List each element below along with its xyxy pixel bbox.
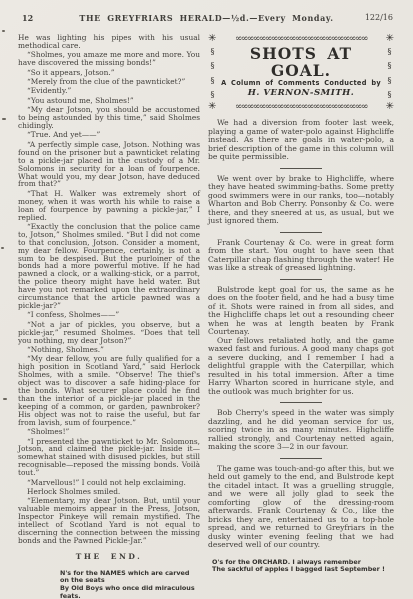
corner-rosette-icon: ✳ [208, 34, 216, 44]
article-title: SHOTS AT GOAL. [219, 45, 383, 79]
chain-link-icon: § [388, 62, 392, 69]
story-paragraph: “Sholmes, you amaze me more and more. Yo… [18, 51, 200, 67]
story-paragraph: “Merely from the clue of the pawnticket?… [18, 78, 200, 86]
article-paragraph: We had a diversion from footer last week… [208, 119, 394, 162]
alphabet-rhyme-note: N's for the NAMES which are carved on th… [60, 570, 200, 599]
story-paragraph: “Evidently.” [18, 87, 200, 95]
story-paragraph: “I presented the pawnticket to Mr. Solom… [18, 438, 200, 478]
story-paragraph: “I confess, Sholmes——” [18, 311, 200, 319]
chain-link-icon: § [388, 91, 392, 98]
article-paragraph: Our fellows retaliated hotly, and the ga… [208, 337, 394, 397]
chain-link-icon: § [211, 62, 215, 69]
story-paragraph: “True. And yet——” [18, 131, 200, 139]
scan-artifact [2, 118, 6, 120]
story-paragraph: “My dear Jotson, you should be accustome… [18, 106, 200, 130]
scan-artifact [1, 247, 4, 249]
chain-border-right: § § § § [385, 44, 394, 102]
section-divider [280, 458, 322, 459]
section-divider [280, 168, 322, 169]
story-paragraph: He was lighting his pipes with his usual… [18, 34, 200, 50]
scan-artifact [2, 30, 5, 32]
left-column-story: He was lighting his pipes with his usual… [18, 34, 200, 599]
rhyme-line: N's for the NAMES which are carved on th… [60, 570, 200, 585]
issue-number: 122/16 [365, 13, 393, 22]
section-divider [280, 279, 322, 280]
right-column-article: ✳ ∞∞∞∞∞∞∞∞∞∞∞∞∞∞∞∞∞∞∞∞∞∞ ✳ § § § § SHOTS… [208, 34, 394, 574]
article-author: H. VERNON-SMITH. [219, 88, 383, 99]
scan-artifact [3, 398, 7, 400]
chain-link-icon: § [211, 91, 215, 98]
column-header-box: ✳ ∞∞∞∞∞∞∞∞∞∞∞∞∞∞∞∞∞∞∞∞∞∞ ✳ § § § § SHOTS… [208, 34, 394, 112]
chain-link-icon: § [388, 77, 392, 84]
chain-border-bottom: ✳ ∞∞∞∞∞∞∞∞∞∞∞∞∞∞∞∞∞∞∞∞∞∞ ✳ [208, 102, 394, 112]
masthead: 12 THE GREYFRIARS HERALD—½d.—Every Monda… [0, 13, 413, 27]
story-paragraph: Herlock Sholmes smiled. [18, 488, 200, 496]
article-paragraph: Bob Cherry's speed in the water was simp… [208, 409, 394, 452]
section-divider [280, 402, 322, 403]
section-divider [280, 232, 322, 233]
corner-rosette-icon: ✳ [208, 102, 216, 112]
rhyme-line: By Old Boys who once did miraculous feat… [60, 585, 200, 599]
story-paragraph: “Exactly the conclusion that the police … [18, 223, 200, 310]
story-paragraph: “A perfectly simple case, Jotson. Nothin… [18, 141, 200, 188]
story-paragraph: “Not a jar of pickles, you observe, but … [18, 321, 200, 345]
alphabet-rhyme-note: O's for the ORCHARD. I always remember T… [212, 559, 394, 574]
corner-rosette-icon: ✳ [386, 102, 394, 112]
rhyme-line: The sackful of apples I bagged last Sept… [212, 566, 394, 574]
story-paragraph: “You astound me, Sholmes!” [18, 97, 200, 105]
story-paragraph: “Nothing, Sholmes.” [18, 346, 200, 354]
story-paragraph: “Elementary, my dear Jotson. But, until … [18, 497, 200, 544]
the-end-marker: THE END. [18, 552, 200, 561]
chain-link-icon: § [211, 48, 215, 55]
chain-link-icon: § [211, 77, 215, 84]
corner-rosette-icon: ✳ [386, 34, 394, 44]
newspaper-page: 12 THE GREYFRIARS HERALD—½d.—Every Monda… [0, 0, 413, 599]
article-paragraph: Frank Courtenay & Co. were in great form… [208, 239, 394, 273]
article-paragraph: The game was touch-and-go after this, bu… [208, 465, 394, 550]
chain-border-top: ✳ ∞∞∞∞∞∞∞∞∞∞∞∞∞∞∞∞∞∞∞∞∞∞ ✳ [208, 34, 394, 44]
article-paragraph: Bulstrode kept goal for us, the same as … [208, 286, 394, 337]
story-paragraph: “Marvellous!” I could not help exclaimin… [18, 479, 200, 487]
story-paragraph: “Sholmes!” [18, 428, 200, 436]
paper-title: THE GREYFRIARS HERALD—½d.—Every Monday. [0, 13, 413, 23]
chain-links-ornament: ∞∞∞∞∞∞∞∞∞∞∞∞∞∞∞∞∞∞∞∞∞∞ [216, 35, 385, 44]
chain-border-left: § § § § [208, 44, 217, 102]
article-subtitle: A Column of Comments Conducted by [219, 79, 383, 88]
story-paragraph: “My dear fellow, you are fully qualified… [18, 355, 200, 426]
chain-links-ornament: ∞∞∞∞∞∞∞∞∞∞∞∞∞∞∞∞∞∞∞∞∞∞ [216, 103, 385, 112]
story-paragraph: “So it appears, Jotson.” [18, 69, 200, 77]
article-paragraph: We went over by brake to Highcliffe, whe… [208, 175, 394, 226]
chain-link-icon: § [388, 48, 392, 55]
story-paragraph: “That H. Walker was extremely short of m… [18, 190, 200, 222]
